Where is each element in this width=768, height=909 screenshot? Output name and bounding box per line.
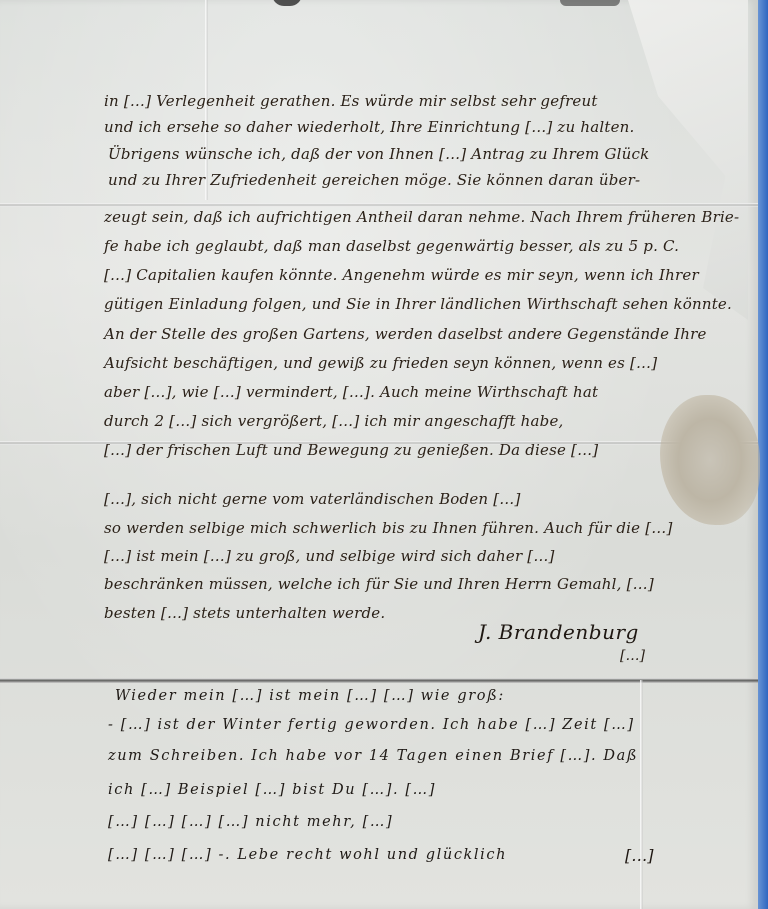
letter-page: in […] Verlegenheit gerathen. Es würde m… (0, 0, 758, 909)
text-line: in […] Verlegenheit gerathen. Es würde m… (104, 92, 598, 110)
fold-crease (0, 203, 758, 207)
text-line: Wieder mein […] ist mein […] […] wie gro… (115, 688, 505, 704)
text-line: besten […] stets unterhalten werde. (104, 604, 385, 622)
text-line: aber […], wie […] vermindert, […]. Auch … (104, 383, 598, 401)
text-line: ich […] Beispiel […] bist Du […]. […] (108, 782, 436, 798)
fold-crease (0, 678, 758, 683)
text-line: fe habe ich geglaubt, daß man daselbst g… (104, 237, 679, 255)
vertical-crease (640, 680, 643, 909)
text-line: […] […] […] […] nicht mehr, […] (108, 814, 393, 830)
signature-flourish: […] (620, 648, 645, 664)
signature: J. Brandenburg (478, 620, 639, 644)
text-line: […] der frischen Luft und Bewegung zu ge… (104, 441, 598, 459)
text-line: und zu Ihrer Zufriedenheit gereichen mög… (108, 171, 640, 189)
text-line: zeugt sein, daß ich aufrichtigen Antheil… (104, 208, 739, 226)
text-line: und ich ersehe so daher wiederholt, Ihre… (104, 118, 634, 136)
text-line: Aufsicht beschäftigen, und gewiß zu frie… (104, 354, 657, 372)
text-line: […] […] […] -. Lebe recht wohl und glück… (108, 847, 507, 863)
closing-initials: […] (625, 846, 653, 865)
text-line: zum Schreiben. Ich habe vor 14 Tagen ein… (108, 748, 638, 764)
text-line: so werden selbige mich schwerlich bis zu… (104, 519, 673, 537)
text-line: gütigen Einladung folgen, und Sie in Ihr… (104, 295, 732, 313)
text-line: Übrigens wünsche ich, daß der von Ihnen … (108, 145, 649, 163)
text-line: An der Stelle des großen Gartens, werden… (104, 325, 707, 343)
text-line: - […] ist der Winter fertig geworden. Ic… (108, 717, 635, 733)
wax-seal-residue (660, 395, 760, 525)
text-line: beschränken müssen, welche ich für Sie u… (104, 575, 654, 593)
torn-edge-mark (560, 0, 620, 6)
text-line: […], sich nicht gerne vom vaterländische… (104, 490, 521, 508)
text-line: durch 2 […] sich vergrößert, […] ich mir… (104, 412, 564, 430)
text-line: […] Capitalien kaufen könnte. Angenehm w… (104, 266, 699, 284)
text-line: […] ist mein […] zu groß, und selbige wi… (104, 547, 555, 565)
torn-edge-mark (272, 0, 302, 6)
